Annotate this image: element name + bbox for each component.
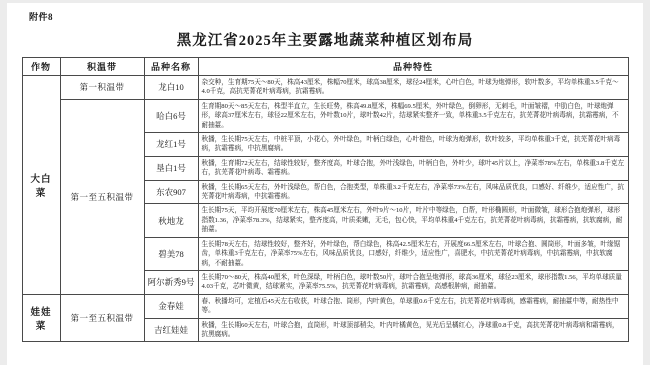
- document-page: 附件8 黑龙江省2025年主要露地蔬菜种植区划布局 作物积温带品种名称品种特性 …: [7, 3, 643, 365]
- table-header-row: 作物积温带品种名称品种特性: [22, 58, 628, 76]
- crop-cell: 娃娃菜: [22, 294, 60, 342]
- variety-name-cell: 龙红1号: [144, 133, 198, 157]
- variety-traits-cell: 秋播，生长期75天左右，中桩平顶，小花心，外叶绿色，叶柄白绿色，心叶橙色，叶球为…: [198, 133, 628, 157]
- variety-traits-cell: 秋播，生长期60天左右，叶球合抱，直筒形，叶球顶部稍尖，叶内叶橘黄色，见光后呈橘…: [198, 318, 628, 342]
- variety-traits-cell: 生长期75天，平均开展度70厘米左右，株高45厘米左右，外叶9片～10片，叶片中…: [198, 204, 628, 237]
- variety-name-cell: 哈白6号: [144, 99, 198, 132]
- header-cell: 积温带: [60, 58, 144, 76]
- varieties-table-body: 大白菜第一积温带龙白10杂交种，生育期75天～80天，株高43厘米，株幅70厘米…: [22, 76, 628, 342]
- variety-name-cell: 吉红娃娃: [144, 318, 198, 342]
- variety-name-cell: 阿尔新秀9号: [144, 270, 198, 294]
- variety-traits-cell: 生长期78天左右，结球性较好，整齐好，外叶绿色，帮白绿色，株高42.5厘米左右，…: [198, 237, 628, 270]
- variety-traits-cell: 杂交种，生育期75天～80天，株高43厘米，株幅70厘米，球高38厘米，球径24…: [198, 76, 628, 100]
- variety-name-cell: 秋地龙: [144, 204, 198, 237]
- table-row: 娃娃菜第一至五积温带金春娃春、秋播均可，定植后45天左右收获，叶球合抱、筒形，内…: [22, 294, 628, 318]
- variety-name-cell: 龙白10: [144, 76, 198, 100]
- variety-traits-cell: 春、秋播均可，定植后45天左右收获，叶球合抱、筒形，内叶黄色，单球重0.6千克左…: [198, 294, 628, 318]
- table-row: 大白菜第一积温带龙白10杂交种，生育期75天～80天，株高43厘米，株幅70厘米…: [22, 76, 628, 100]
- zone-cell: 第一至五积温带: [60, 99, 144, 294]
- variety-name-cell: 金春娃: [144, 294, 198, 318]
- variety-traits-cell: 秋播，生长期65天左右，外叶浅绿色，帮白色，合抱类型，单株重3.2千克左右，净菜…: [198, 180, 628, 204]
- variety-name-cell: 东农907: [144, 180, 198, 204]
- zone-cell: 第一至五积温带: [60, 294, 144, 342]
- variety-traits-cell: 秋播，生育期72天左右，结球性较好，整齐度高，叶球合抱，外叶浅绿色，叶柄白色，外…: [198, 156, 628, 180]
- table-row: 第一至五积温带哈白6号生育期80天～85天左右，株型半直立，生长旺势，株高49.…: [22, 99, 628, 132]
- header-cell: 作物: [22, 58, 60, 76]
- table-row: 作物积温带品种名称品种特性: [22, 58, 628, 76]
- zone-cell: 第一积温带: [60, 76, 144, 100]
- attachment-label: 附件8: [29, 10, 643, 23]
- header-cell: 品种名称: [144, 58, 198, 76]
- variety-traits-cell: 生长期70～80天，株高40厘米，叶色深绿，叶柄白色，球叶数50片，球叶合抱呈炮…: [198, 270, 628, 294]
- variety-name-cell: 垦白1号: [144, 156, 198, 180]
- variety-traits-cell: 生育期80天～85天左右，株型半直立，生长旺势，株高49.8厘米，株幅69.5厘…: [198, 99, 628, 132]
- page-title: 黑龙江省2025年主要露地蔬菜种植区划布局: [7, 29, 643, 50]
- variety-name-cell: 碧美78: [144, 237, 198, 270]
- varieties-table: 作物积温带品种名称品种特性 大白菜第一积温带龙白10杂交种，生育期75天～80天…: [22, 57, 629, 342]
- crop-cell: 大白菜: [22, 76, 60, 295]
- header-cell: 品种特性: [198, 58, 628, 76]
